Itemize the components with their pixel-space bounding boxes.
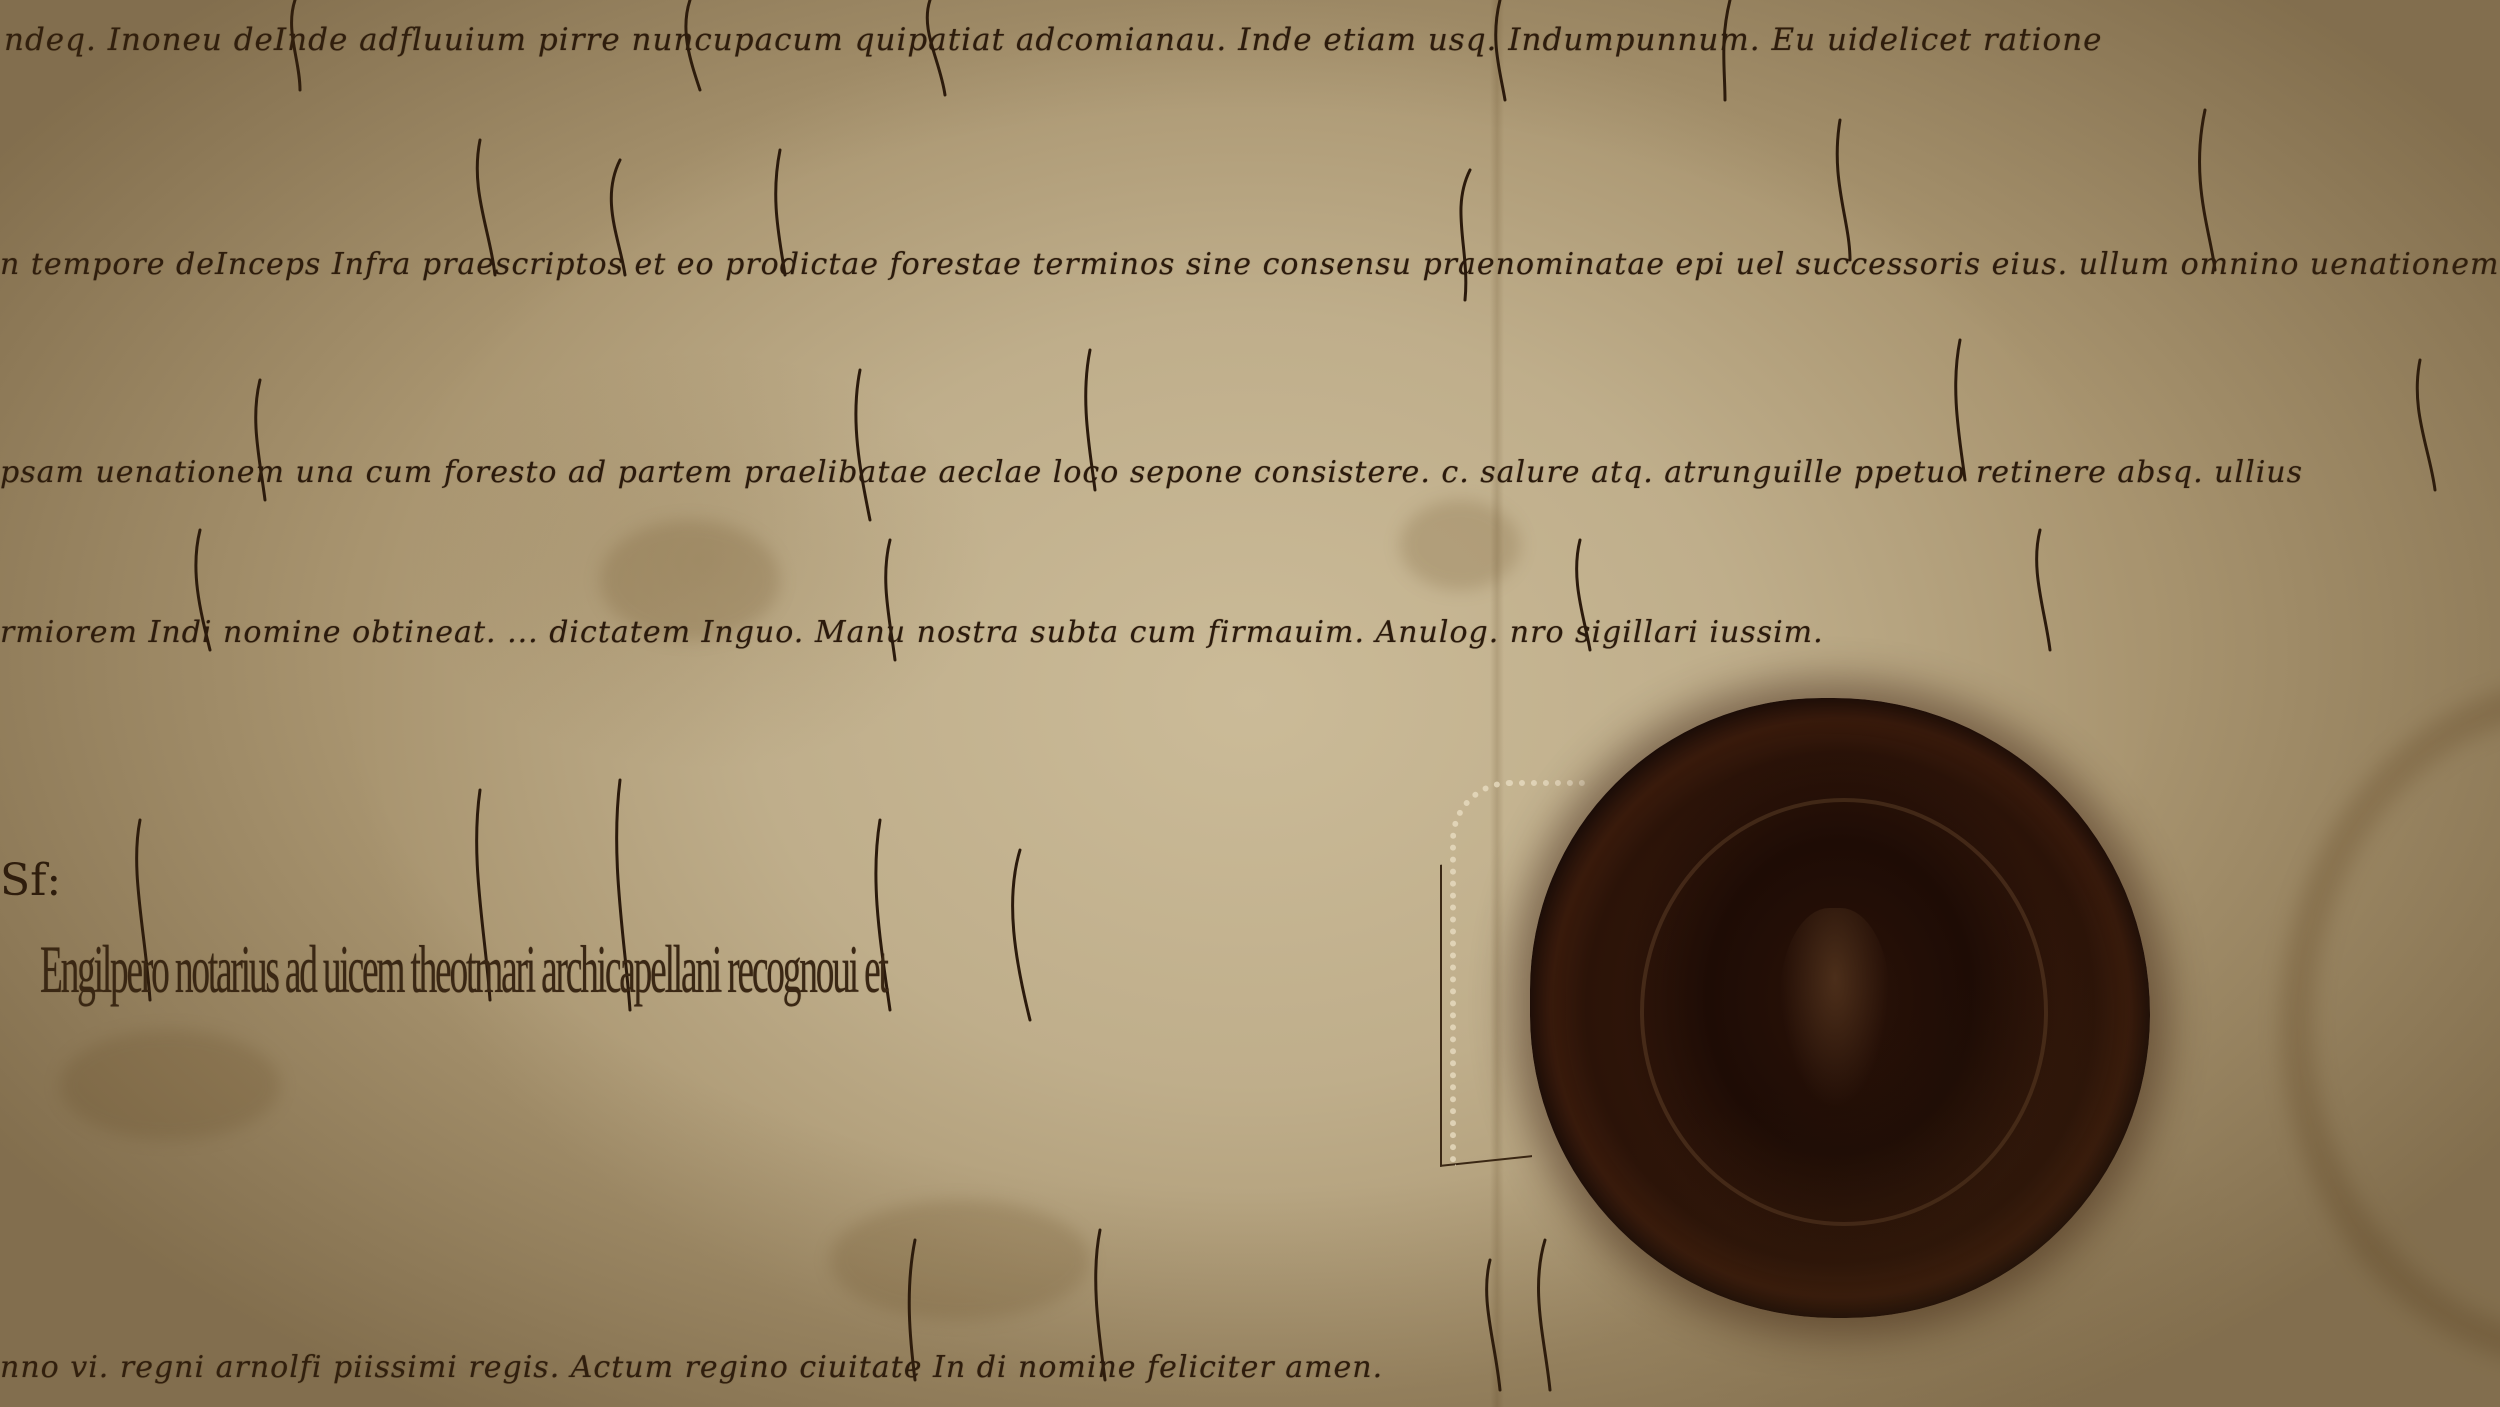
ascender-strokes xyxy=(0,0,2500,1407)
wax-seal xyxy=(1530,698,2150,1318)
photo-vignette xyxy=(0,0,2500,1407)
manuscript-line: rmiorem Indi nomine obtineat. ... dictat… xyxy=(0,615,1824,650)
seal-bust-impression xyxy=(1780,908,1890,1108)
manuscript-line: n tempore deInceps Infra praescriptos et… xyxy=(0,247,2499,282)
fold-crease xyxy=(1490,0,1504,1407)
stain xyxy=(60,1030,280,1140)
stain xyxy=(830,1200,1090,1320)
parchment-charter: ndeq. Inoneu deInde adfluuium pirre nunc… xyxy=(0,0,2500,1407)
chancery-mark: Sf: xyxy=(0,855,61,906)
dating-clause-line: nno vi. regni arnolfi piissimi regis. Ac… xyxy=(0,1350,1383,1385)
manuscript-line: ndeq. Inoneu deInde adfluuium pirre nunc… xyxy=(4,22,2103,58)
manuscript-line: psam uenationem una cum foresto ad parte… xyxy=(0,455,2303,490)
recognition-line-elongated-script: Engilpero notarius ad uicem theotmari ar… xyxy=(40,930,887,1009)
ring-stain xyxy=(2280,680,2500,1368)
